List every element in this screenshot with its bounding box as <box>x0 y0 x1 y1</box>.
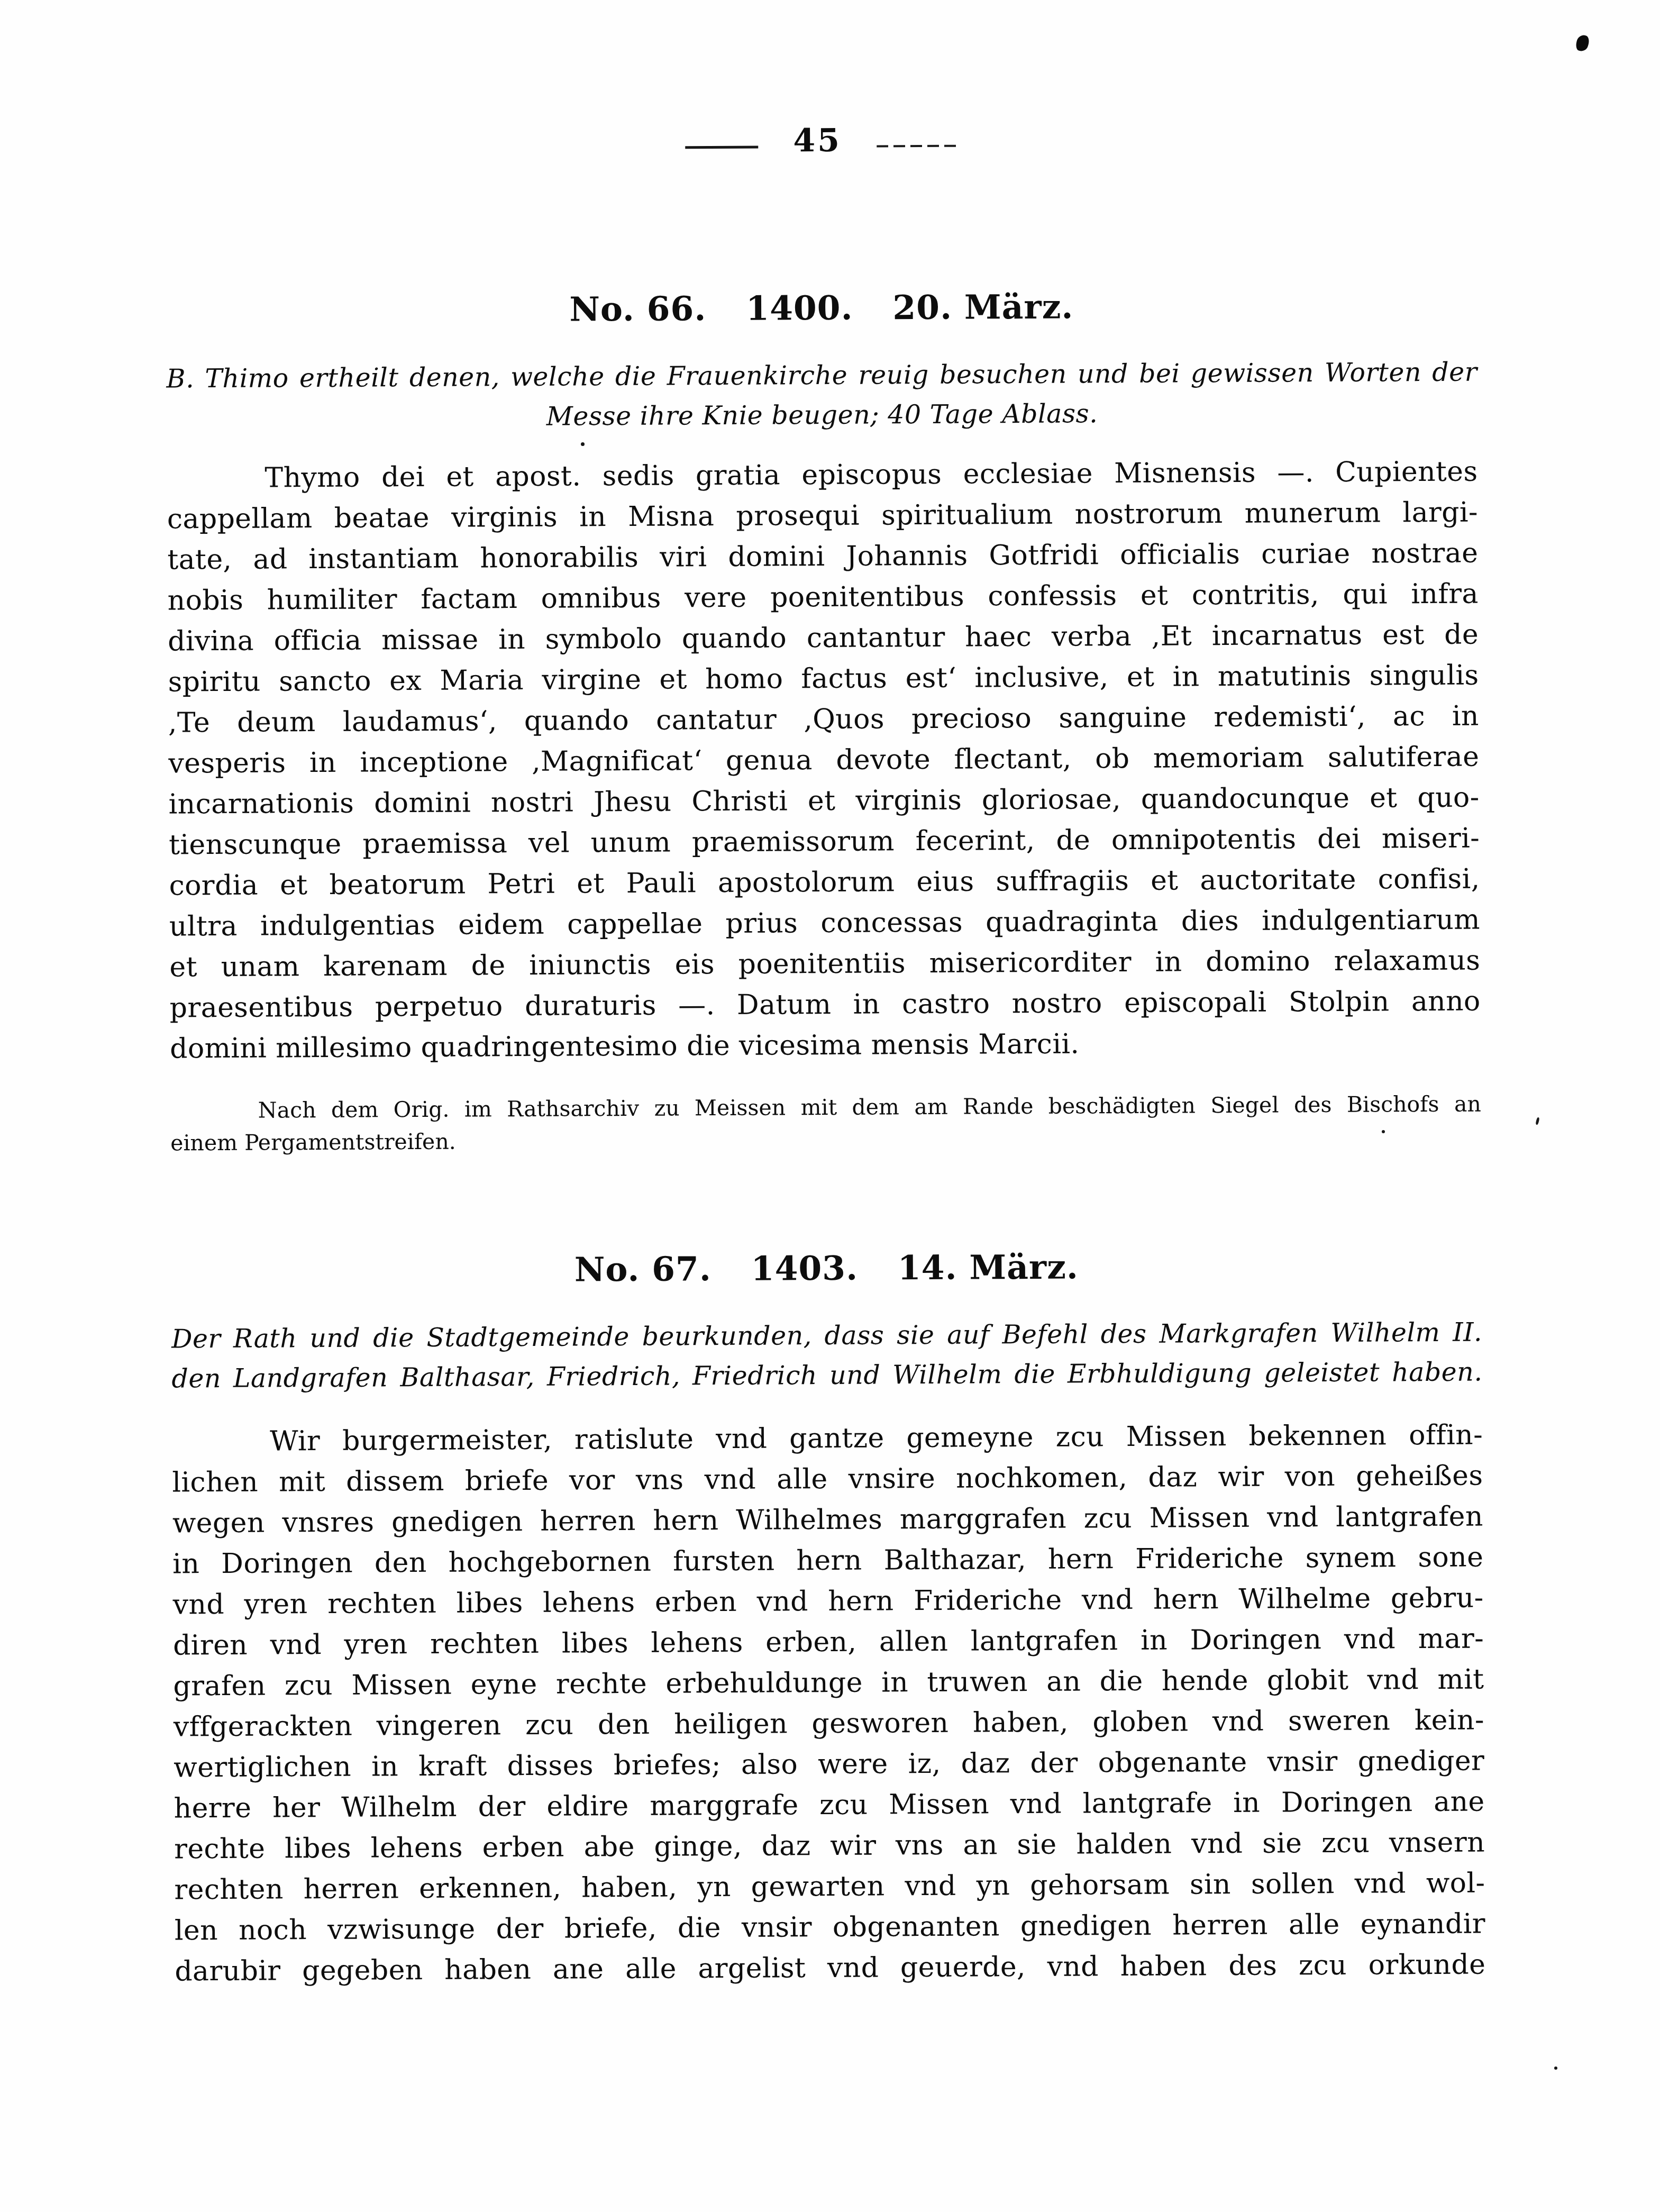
doc66-source-note: Nach dem Orig. im Rathsarchiv zu Meissen… <box>170 1088 1482 1159</box>
doc67-body-line: wertiglichen in kraft disses briefes; al… <box>174 1741 1484 1788</box>
doc67-summary-line: den Landgrafen Balthasar, Friedrich, Fri… <box>171 1352 1482 1398</box>
doc67-body-line: Wir burgermeister, ratislute vnd gantze … <box>172 1415 1483 1462</box>
document-66: No. 66. 1400. 20. März. B. Thimo ertheil… <box>166 284 1482 1160</box>
doc66-heading-number: No. 66. <box>569 289 706 329</box>
doc67-body-line: vnd yren rechten libes lehens erben vnd … <box>172 1578 1483 1625</box>
doc67-heading: No. 67. 1403. 14. März. <box>171 1243 1482 1292</box>
doc67-body-line: darubir gegeben haben ane alle argelist … <box>175 1944 1485 1992</box>
doc66-body-line: cordia et beatorum Petri et Pauli aposto… <box>169 859 1480 906</box>
doc66-heading-year: 1400. <box>746 288 853 328</box>
doc66-body-line: praesentibus perpetuo duraturis —. Datum… <box>170 981 1481 1028</box>
ink-speck <box>1382 1130 1385 1133</box>
ink-blot <box>1574 33 1591 53</box>
doc67-body-line: rechten herren erkennen, haben, yn gewar… <box>174 1863 1485 1910</box>
doc67-heading-number: No. 67. <box>574 1249 712 1289</box>
doc66-summary-line: B. Thimo ertheilt denen, welche die Frau… <box>166 352 1477 399</box>
page-number-rule-right <box>877 145 956 148</box>
doc67-heading-year: 1403. <box>751 1249 859 1288</box>
doc66-body-line: Thymo dei et apost. sedis gratia episcop… <box>167 452 1477 499</box>
doc67-body-line: in Doringen den hochgebornen fursten her… <box>172 1537 1483 1585</box>
doc67-body: Wir burgermeister, ratislute vnd gantze … <box>172 1415 1486 1992</box>
page-header: 45 <box>165 117 1476 165</box>
doc67-summary: Der Rath und die Stadtgemeinde beurkunde… <box>171 1312 1483 1398</box>
doc66-summary-line: Messe ihre Knie beugen; 40 Tage Ablass. <box>167 392 1477 439</box>
doc67-summary-line: Der Rath und die Stadtgemeinde beurkunde… <box>171 1312 1482 1359</box>
doc67-body-line: lichen mit dissem briefe vor vns vnd all… <box>172 1455 1483 1503</box>
page-number-rule-left <box>685 145 758 149</box>
doc67-body-line: rechte libes lehens erben abe ginge, daz… <box>174 1822 1485 1870</box>
doc67-body-line: vffgerackten vingeren zcu den heiligen g… <box>174 1700 1484 1747</box>
doc66-note-line: einem Pergamentstreifen. <box>170 1120 1481 1159</box>
doc66-body-line: ,Te deum laudamus‘, quando cantatur ,Quo… <box>168 696 1479 743</box>
page-number: 45 <box>793 122 842 159</box>
doc66-body-line: nobis humiliter factam omnibus vere poen… <box>168 574 1479 622</box>
doc67-body-line: len noch vzwisunge der briefe, die vnsir… <box>175 1904 1485 1951</box>
doc66-body-line: vesperis in inceptione ,Magnificat‘ genu… <box>168 736 1479 784</box>
scanned-book-page: 45 No. 66. 1400. 20. März. B. Thimo erth… <box>0 0 1660 2212</box>
doc66-heading-date: 20. März. <box>892 287 1073 327</box>
doc66-body-line: domini millesimo quadringentesimo die vi… <box>170 1022 1481 1069</box>
doc66-body: Thymo dei et apost. sedis gratia episcop… <box>167 452 1481 1070</box>
doc67-body-line: herre her Wilhelm der eldire marggrafe z… <box>174 1781 1484 1829</box>
ink-speck <box>581 442 585 446</box>
doc66-body-line: incarnationis domini nostri Jhesu Christ… <box>169 777 1480 825</box>
doc66-body-line: et unam karenam de iniunctis eis poenite… <box>169 940 1480 988</box>
doc67-body-line: diren vnd yren rechten libes lehens erbe… <box>173 1618 1484 1666</box>
doc67-body-line: grafen zcu Missen eyne rechte erbehuldun… <box>173 1659 1484 1707</box>
doc66-summary: B. Thimo ertheilt denen, welche die Frau… <box>166 352 1477 439</box>
ink-speck <box>1554 2067 1557 2070</box>
doc66-body-line: ultra indulgentias eidem cappellae prius… <box>169 899 1480 947</box>
document-67: No. 67. 1403. 14. März. Der Rath und die… <box>171 1243 1485 1992</box>
doc66-body-line: spiritu sancto ex Maria virgine et homo … <box>168 655 1479 703</box>
doc66-heading: No. 66. 1400. 20. März. <box>166 284 1477 333</box>
doc67-body-line: wegen vnsres gnedigen herren hern Wilhel… <box>172 1496 1483 1544</box>
ink-speck <box>1535 1117 1539 1125</box>
doc66-body-line: divina officia missae in symbolo quando … <box>168 614 1479 662</box>
doc67-heading-date: 14. März. <box>898 1247 1079 1287</box>
doc66-body-line: cappellam beatae virginis in Misna prose… <box>167 493 1478 540</box>
doc66-body-line: tate, ad instantiam honorabilis viri dom… <box>167 533 1478 581</box>
doc66-note-line: Nach dem Orig. im Rathsarchiv zu Meissen… <box>170 1088 1481 1127</box>
doc66-body-line: tienscunque praemissa vel unum praemisso… <box>169 818 1480 866</box>
page-content: 45 No. 66. 1400. 20. März. B. Thimo erth… <box>165 117 1485 1992</box>
